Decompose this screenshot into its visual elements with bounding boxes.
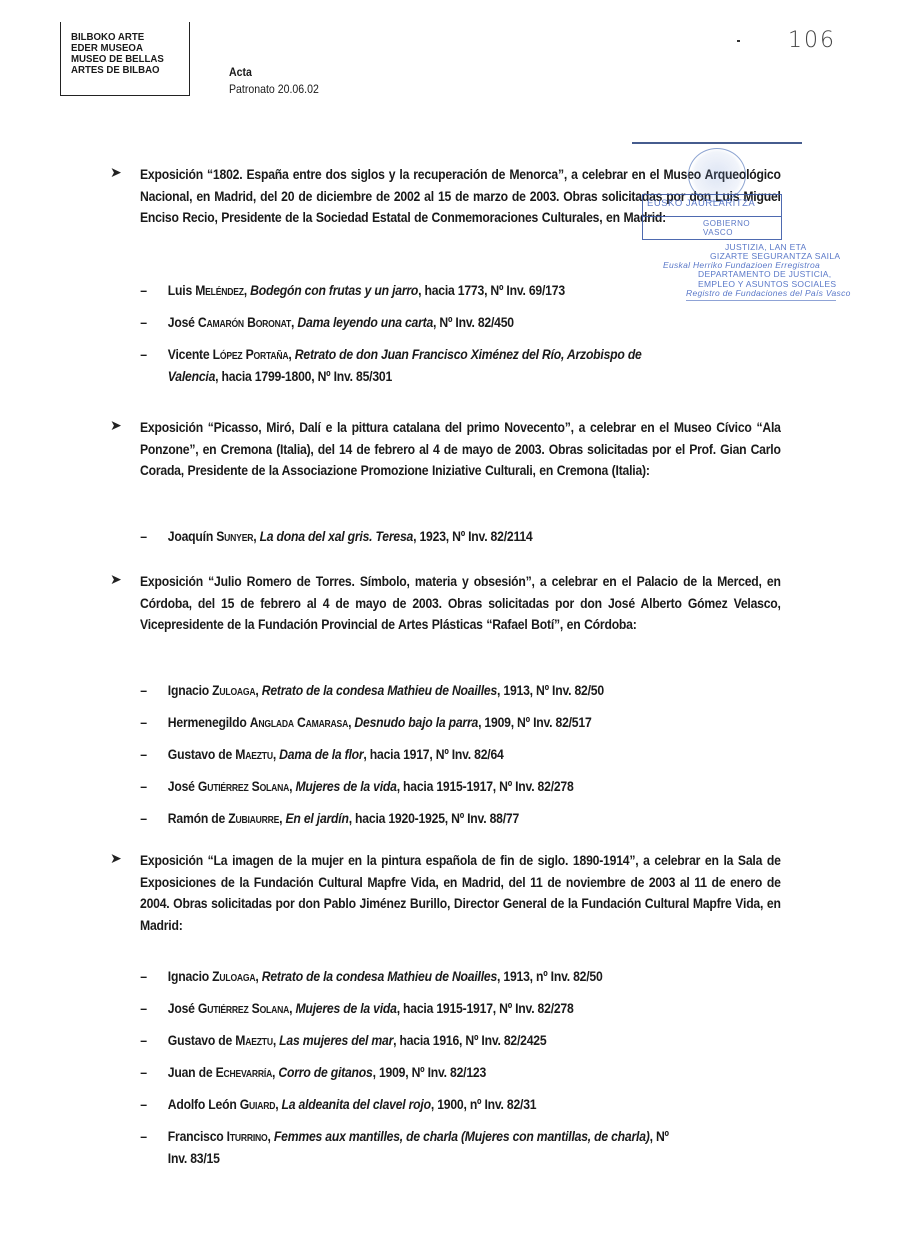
dash-bullet: – <box>140 527 157 549</box>
artwork-title: La dona del xal gris. Teresa <box>260 529 414 545</box>
artist-first-name: Ignacio <box>168 683 212 699</box>
artist-surname: Meléndez <box>195 283 244 299</box>
artist-surname: Zuloaga <box>212 969 255 985</box>
exhibition-description: Exposición “1802. España entre dos siglo… <box>140 165 781 230</box>
artwork-details: , 1909, Nº Inv. 82/517 <box>478 715 591 731</box>
artwork-title: Retrato de la condesa Mathieu de Noaille… <box>262 969 497 985</box>
artwork-title: Dama de la flor <box>279 747 363 763</box>
artwork-description: José Gutiérrez Solana, Mujeres de la vid… <box>168 777 830 799</box>
artist-surname: Maeztu <box>235 747 273 763</box>
artist-first-name: Ignacio <box>168 969 212 985</box>
artwork-details-cont: Inv. 83/15 <box>168 1151 220 1167</box>
artist-first-name: Ramón de <box>168 811 228 827</box>
artist-first-name: José <box>168 1001 198 1017</box>
page-number: 106 <box>788 28 836 53</box>
artist-first-name: José <box>168 315 198 331</box>
artist-first-name: Adolfo León <box>168 1097 240 1113</box>
artwork-title-cont: Valencia <box>168 369 215 385</box>
artwork-title: Corro de gitanos <box>278 1065 372 1081</box>
artist-surname: Camarón Boronat <box>198 315 291 331</box>
artist-first-name: Luis <box>168 283 195 299</box>
artwork-description: Ignacio Zuloaga, Retrato de la condesa M… <box>168 967 830 989</box>
arrow-bullet-icon: ➤ <box>110 851 122 867</box>
artwork-description: José Gutiérrez Solana, Mujeres de la vid… <box>168 999 830 1021</box>
artist-first-name: Francisco <box>168 1129 227 1145</box>
artist-surname: Iturrino <box>227 1129 268 1145</box>
artwork-details: , hacia 1920-1925, Nº Inv. 88/77 <box>349 811 519 827</box>
artwork-details: , 1923, Nº Inv. 82/2114 <box>413 529 532 545</box>
artwork-description: Gustavo de Maeztu, Las mujeres del mar, … <box>168 1031 830 1053</box>
artwork-title: Bodegón con frutas y un jarro <box>250 283 418 299</box>
stamp-text: JUSTIZIA, LAN ETA <box>725 242 806 252</box>
dash-bullet: – <box>140 313 157 335</box>
artwork-details: , Nº Inv. 82/450 <box>433 315 514 331</box>
artist-surname: López Portaña <box>213 347 289 363</box>
museum-logo: BILBOKO ARTE EDER MUSEOA MUSEO DE BELLAS… <box>60 22 190 96</box>
artist-surname: Echevarría <box>216 1065 272 1081</box>
artwork-description: Adolfo León Guiard, La aldeanita del cla… <box>168 1095 830 1117</box>
ink-mark <box>737 40 740 42</box>
artist-first-name: Hermenegildo <box>168 715 250 731</box>
artwork-title: Femmes aux mantilles, de charla (Mujeres… <box>274 1129 650 1145</box>
artwork-title: La aldeanita del clavel rojo <box>282 1097 431 1113</box>
artist-first-name: Gustavo de <box>168 747 235 763</box>
artwork-title: Dama leyendo una carta <box>297 315 433 331</box>
artwork-details: , hacia 1915-1917, Nº Inv. 82/278 <box>397 779 574 795</box>
artwork-title: Retrato de la condesa Mathieu de Noaille… <box>262 683 497 699</box>
artwork-description: Hermenegildo Anglada Camarasa, Desnudo b… <box>168 713 830 735</box>
artwork-details: , hacia 1917, Nº Inv. 82/64 <box>363 747 503 763</box>
arrow-bullet-icon: ➤ <box>110 165 122 181</box>
artwork-title: En el jardín <box>286 811 349 827</box>
dash-bullet: – <box>140 1127 157 1149</box>
artist-surname: Gutiérrez Solana <box>198 779 289 795</box>
artwork-title: Mujeres de la vida <box>295 1001 396 1017</box>
artwork-title: Las mujeres del mar <box>279 1033 393 1049</box>
artwork-title: Desnudo bajo la parra <box>354 715 478 731</box>
artist-first-name: Joaquín <box>168 529 216 545</box>
exhibition-description: Exposición “Julio Romero de Torres. Símb… <box>140 572 781 637</box>
artwork-title: Mujeres de la vida <box>295 779 396 795</box>
artwork-description: Francisco Iturrino, Femmes aux mantilles… <box>168 1127 830 1170</box>
dash-bullet: – <box>140 777 157 799</box>
arrow-bullet-icon: ➤ <box>110 418 122 434</box>
artwork-details: , hacia 1799-1800, Nº Inv. 85/301 <box>215 369 392 385</box>
artwork-description: Ignacio Zuloaga, Retrato de la condesa M… <box>168 681 830 703</box>
artwork-description: Gustavo de Maeztu, Dama de la flor, haci… <box>168 745 830 767</box>
dash-bullet: – <box>140 1031 157 1053</box>
artwork-description: José Camarón Boronat, Dama leyendo una c… <box>168 313 830 335</box>
artist-surname: Zuloaga <box>212 683 255 699</box>
exhibition-description: Exposición “La imagen de la mujer en la … <box>140 851 781 937</box>
artist-surname: Anglada Camarasa <box>250 715 348 731</box>
document-type: Acta <box>229 65 252 79</box>
dash-bullet: – <box>140 281 157 303</box>
artwork-description: Ramón de Zubiaurre, En el jardín, hacia … <box>168 809 830 831</box>
artwork-details: , 1913, nº Inv. 82/50 <box>497 969 603 985</box>
dash-bullet: – <box>140 967 157 989</box>
stamp-line <box>632 142 802 144</box>
dash-bullet: – <box>140 1063 157 1085</box>
logo-line: ARTES DE BILBAO <box>71 65 180 76</box>
dash-bullet: – <box>140 999 157 1021</box>
artist-first-name: Gustavo de <box>168 1033 235 1049</box>
artwork-details: , 1913, Nº Inv. 82/50 <box>497 683 604 699</box>
artwork-details: , 1900, nº Inv. 82/31 <box>431 1097 537 1113</box>
artwork-details: , hacia 1916, Nº Inv. 82/2425 <box>393 1033 546 1049</box>
artwork-details: , hacia 1773, Nº Inv. 69/173 <box>418 283 565 299</box>
artwork-details: , Nº <box>650 1129 669 1145</box>
artwork-description: Vicente López Portaña, Retrato de don Ju… <box>168 345 830 388</box>
arrow-bullet-icon: ➤ <box>110 572 122 588</box>
artist-first-name: Vicente <box>168 347 213 363</box>
meeting-date: Patronato 20.06.02 <box>229 82 319 96</box>
dash-bullet: – <box>140 809 157 831</box>
artwork-details: , hacia 1915-1917, Nº Inv. 82/278 <box>397 1001 574 1017</box>
stamp-text: GIZARTE SEGURANTZA SAILA <box>710 251 840 261</box>
dash-bullet: – <box>140 345 157 367</box>
artist-first-name: José <box>168 779 198 795</box>
artwork-title: Retrato de don Juan Francisco Ximénez de… <box>295 347 642 363</box>
artist-surname: Zubiaurre <box>228 811 279 827</box>
stamp-text: Euskal Herriko Fundazioen Erregistroa <box>663 260 820 270</box>
artwork-description: Joaquín Sunyer, La dona del xal gris. Te… <box>168 527 830 549</box>
dash-bullet: – <box>140 1095 157 1117</box>
dash-bullet: – <box>140 713 157 735</box>
artwork-description: Luis Meléndez, Bodegón con frutas y un j… <box>168 281 830 303</box>
exhibition-description: Exposición “Picasso, Miró, Dalí e la pit… <box>140 418 781 483</box>
dash-bullet: – <box>140 681 157 703</box>
artist-surname: Gutiérrez Solana <box>198 1001 289 1017</box>
artist-first-name: Juan de <box>168 1065 216 1081</box>
artist-surname: Guiard <box>240 1097 275 1113</box>
dash-bullet: – <box>140 745 157 767</box>
stamp-text: DEPARTAMENTO DE JUSTICIA, <box>698 269 831 279</box>
artist-surname: Sunyer <box>216 529 253 545</box>
artwork-details: , 1909, Nº Inv. 82/123 <box>373 1065 486 1081</box>
artwork-description: Juan de Echevarría, Corro de gitanos, 19… <box>168 1063 830 1085</box>
artist-surname: Maeztu <box>235 1033 273 1049</box>
